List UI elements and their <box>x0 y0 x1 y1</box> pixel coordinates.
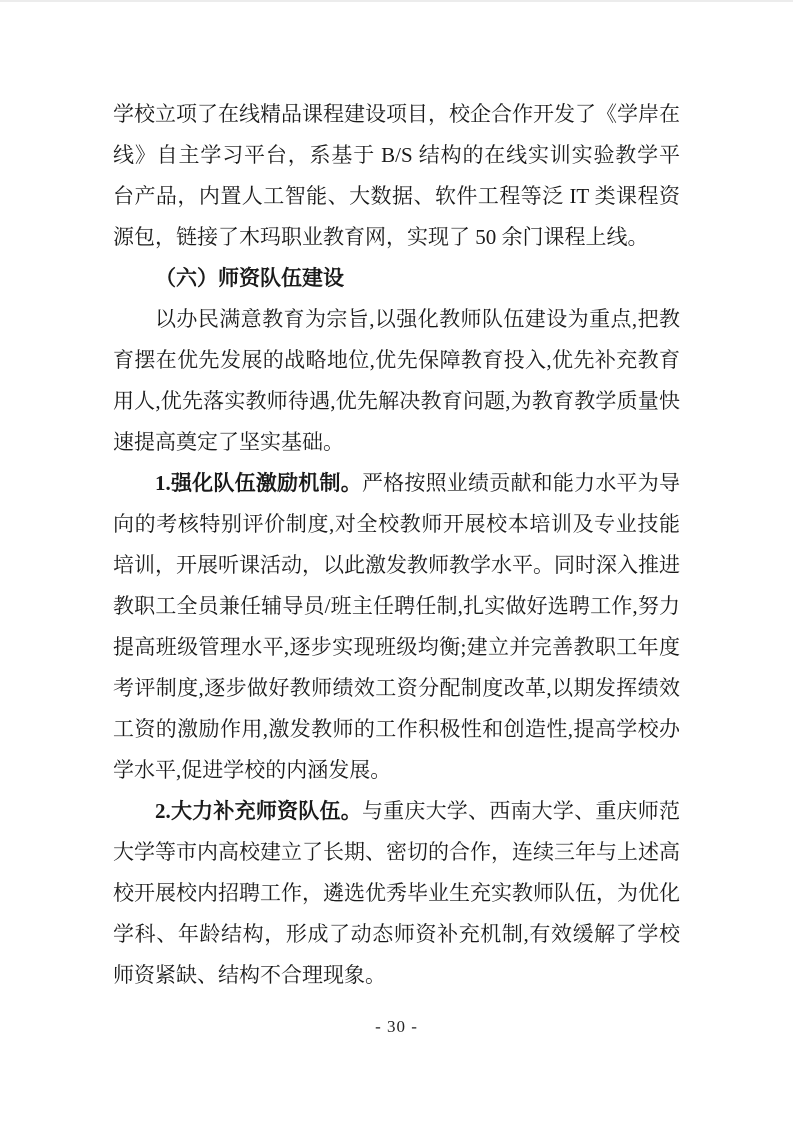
paragraph-continuation: 学校立项了在线精品课程建设项目，校企合作开发了《学岸在线》自主学习平台，系基于 … <box>113 94 680 258</box>
paragraph-item-2-body: 与重庆大学、西南大学、重庆师范大学等市内高校建立了长期、密切的合作，连续三年与上… <box>113 799 680 987</box>
paragraph-continuation-text: 学校立项了在线精品课程建设项目，校企合作开发了《学岸在线》自主学习平台，系基于 … <box>113 102 680 249</box>
page-content: 学校立项了在线精品课程建设项目，校企合作开发了《学岸在线》自主学习平台，系基于 … <box>113 94 680 996</box>
paragraph-item-2-lead: 2.大力补充师资队伍。 <box>155 799 362 823</box>
page-footer: - 30 - <box>0 1012 793 1042</box>
document-page: 学校立项了在线精品课程建设项目，校企合作开发了《学岸在线》自主学习平台，系基于 … <box>0 0 793 1122</box>
paragraph-item-1-lead: 1.强化队伍激励机制。 <box>155 471 362 495</box>
page-top-edge <box>0 0 793 2</box>
section-heading-text: （六）师资队伍建设 <box>155 266 344 290</box>
paragraph-item-1: 1.强化队伍激励机制。严格按照业绩贡献和能力水平为导向的考核特别评价制度,对全校… <box>113 463 680 791</box>
page-number: - 30 - <box>375 1017 418 1036</box>
paragraph-intro-text: 以办民满意教育为宗旨,以强化教师队伍建设为重点,把教育摆在优先发展的战略地位,优… <box>113 307 680 454</box>
paragraph-item-1-body: 严格按照业绩贡献和能力水平为导向的考核特别评价制度,对全校教师开展校本培训及专业… <box>113 471 680 782</box>
paragraph-item-2: 2.大力补充师资队伍。与重庆大学、西南大学、重庆师范大学等市内高校建立了长期、密… <box>113 791 680 996</box>
paragraph-intro: 以办民满意教育为宗旨,以强化教师队伍建设为重点,把教育摆在优先发展的战略地位,优… <box>113 299 680 463</box>
section-heading: （六）师资队伍建设 <box>113 258 680 299</box>
